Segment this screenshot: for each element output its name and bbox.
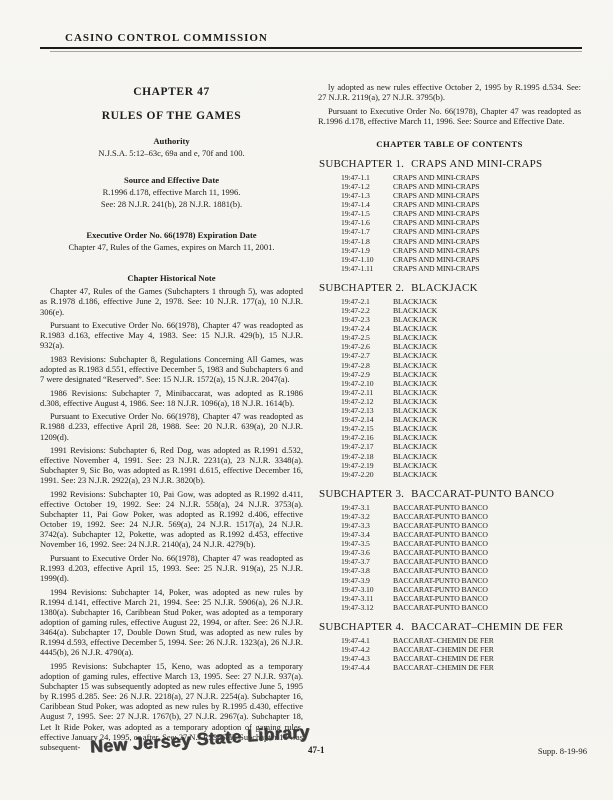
toc-entry-number: 19:47-1.5: [318, 209, 393, 218]
toc-entry-number: 19:47-2.17: [318, 442, 393, 451]
table-of-contents: SUBCHAPTER 1.CRAPS AND MINI-CRAPS 19:47-…: [318, 158, 581, 672]
toc-entry: 19:47-3.11 BACCARAT-PUNTO BANCO: [318, 594, 581, 603]
subchapter-label: SUBCHAPTER 4.: [319, 621, 404, 633]
toc-entry: 19:47-1.10 CRAPS AND MINI-CRAPS: [318, 255, 581, 264]
historical-paragraph: 1983 Revisions: Subchapter 8, Regulation…: [40, 354, 303, 384]
subchapter-entries: 19:47-4.1 BACCARAT–CHEMIN DE FER 19:47-4…: [318, 636, 581, 672]
toc-entry-number: 19:47-2.5: [318, 333, 393, 342]
toc-entry: 19:47-2.9 BLACKJACK: [318, 370, 581, 379]
left-column: CHAPTER 47 RULES OF THE GAMES Authority …: [40, 56, 303, 752]
toc-entry-title: BACCARAT-PUNTO BANCO: [393, 594, 581, 603]
toc-entry-title: CRAPS AND MINI-CRAPS: [393, 191, 581, 200]
toc-entry-number: 19:47-2.14: [318, 415, 393, 424]
chapter-number-heading: CHAPTER 47: [40, 86, 303, 98]
historical-paragraph: Pursuant to Executive Order No. 66(1978)…: [40, 320, 303, 350]
toc-entry-number: 19:47-1.9: [318, 246, 393, 255]
toc-entry-number: 19:47-4.4: [318, 663, 393, 672]
toc-entry-title: BLACKJACK: [393, 361, 581, 370]
subchapter-entries: 19:47-3.1 BACCARAT-PUNTO BANCO 19:47-3.2…: [318, 503, 581, 612]
toc-entry: 19:47-2.5 BLACKJACK: [318, 333, 581, 342]
toc-entry-number: 19:47-2.9: [318, 370, 393, 379]
toc-entry-title: BLACKJACK: [393, 461, 581, 470]
subchapter-title: BACCARAT-PUNTO BANCO: [411, 488, 554, 500]
toc-entry-title: BLACKJACK: [393, 442, 581, 451]
toc-entry: 19:47-1.9 CRAPS AND MINI-CRAPS: [318, 246, 581, 255]
toc-entry: 19:47-4.3 BACCARAT–CHEMIN DE FER: [318, 654, 581, 663]
toc-entry-title: BLACKJACK: [393, 333, 581, 342]
toc-entry: 19:47-2.14 BLACKJACK: [318, 415, 581, 424]
toc-entry: 19:47-2.12 BLACKJACK: [318, 397, 581, 406]
toc-entry-title: BLACKJACK: [393, 315, 581, 324]
subchapter-title: BLACKJACK: [411, 282, 478, 294]
toc-entry-number: 19:47-1.1: [318, 173, 393, 182]
historical-note-paragraphs: Chapter 47, Rules of the Games (Subchapt…: [40, 286, 303, 752]
toc-entry-title: BLACKJACK: [393, 324, 581, 333]
toc-entry-title: BACCARAT-PUNTO BANCO: [393, 548, 581, 557]
toc-entry-number: 19:47-2.13: [318, 406, 393, 415]
toc-entry: 19:47-3.7 BACCARAT-PUNTO BANCO: [318, 557, 581, 566]
toc-entry-number: 19:47-4.3: [318, 654, 393, 663]
toc-entry-number: 19:47-2.3: [318, 315, 393, 324]
toc-entry-title: BLACKJACK: [393, 379, 581, 388]
expiration-text: Chapter 47, Rules of the Games, expires …: [40, 242, 303, 252]
toc-entry-title: CRAPS AND MINI-CRAPS: [393, 264, 581, 273]
toc-entry-title: BACCARAT–CHEMIN DE FER: [393, 636, 581, 645]
toc-entry-number: 19:47-3.4: [318, 530, 393, 539]
toc-entry: 19:47-1.1 CRAPS AND MINI-CRAPS: [318, 173, 581, 182]
toc-entry-number: 19:47-2.1: [318, 297, 393, 306]
toc-entry-title: BACCARAT–CHEMIN DE FER: [393, 654, 581, 663]
toc-entry: 19:47-2.4 BLACKJACK: [318, 324, 581, 333]
toc-entry-title: BACCARAT-PUNTO BANCO: [393, 603, 581, 612]
toc-entry-title: BACCARAT-PUNTO BANCO: [393, 566, 581, 575]
toc-entry-title: BLACKJACK: [393, 297, 581, 306]
toc-entry-number: 19:47-2.12: [318, 397, 393, 406]
source-heading: Source and Effective Date: [40, 175, 303, 185]
table-of-contents-heading: CHAPTER TABLE OF CONTENTS: [318, 139, 581, 149]
toc-entry-number: 19:47-2.16: [318, 433, 393, 442]
toc-entry-number: 19:47-2.2: [318, 306, 393, 315]
continuation-paragraph: Pursuant to Executive Order No. 66(1978)…: [318, 106, 581, 126]
toc-entry: 19:47-1.2 CRAPS AND MINI-CRAPS: [318, 182, 581, 191]
toc-entry-number: 19:47-2.7: [318, 351, 393, 360]
continuation-paragraph: ly adopted as new rules effective Octobe…: [318, 82, 581, 102]
toc-entry: 19:47-3.12 BACCARAT-PUNTO BANCO: [318, 603, 581, 612]
source-line: R.1996 d.178, effective March 11, 1996.: [40, 187, 303, 197]
subchapter-section: SUBCHAPTER 1.CRAPS AND MINI-CRAPS 19:47-…: [318, 158, 581, 273]
toc-entry-number: 19:47-3.2: [318, 512, 393, 521]
page-number: 47-1: [308, 745, 325, 755]
toc-entry: 19:47-2.18 BLACKJACK: [318, 452, 581, 461]
toc-entry-title: CRAPS AND MINI-CRAPS: [393, 227, 581, 236]
toc-entry: 19:47-2.3 BLACKJACK: [318, 315, 581, 324]
toc-entry-title: CRAPS AND MINI-CRAPS: [393, 255, 581, 264]
historical-paragraph: 1986 Revisions: Subchapter 7, Minibaccar…: [40, 388, 303, 408]
toc-entry-number: 19:47-2.4: [318, 324, 393, 333]
toc-entry-number: 19:47-3.11: [318, 594, 393, 603]
toc-entry: 19:47-2.11 BLACKJACK: [318, 388, 581, 397]
subchapter-heading: SUBCHAPTER 2.BLACKJACK: [319, 282, 581, 294]
historical-paragraph: 1992 Revisions: Subchapter 10, Pai Gow, …: [40, 489, 303, 550]
toc-entry-number: 19:47-4.1: [318, 636, 393, 645]
toc-entry-title: BLACKJACK: [393, 370, 581, 379]
toc-entry-number: 19:47-1.8: [318, 237, 393, 246]
toc-entry-number: 19:47-3.7: [318, 557, 393, 566]
toc-entry: 19:47-3.4 BACCARAT-PUNTO BANCO: [318, 530, 581, 539]
toc-entry: 19:47-2.6 BLACKJACK: [318, 342, 581, 351]
toc-entry-title: BACCARAT-PUNTO BANCO: [393, 585, 581, 594]
toc-entry-title: BLACKJACK: [393, 406, 581, 415]
toc-entry-title: CRAPS AND MINI-CRAPS: [393, 209, 581, 218]
toc-entry-title: BACCARAT–CHEMIN DE FER: [393, 645, 581, 654]
subchapter-section: SUBCHAPTER 4.BACCARAT–CHEMIN DE FER 19:4…: [318, 621, 581, 672]
toc-entry: 19:47-1.8 CRAPS AND MINI-CRAPS: [318, 237, 581, 246]
toc-entry: 19:47-2.1 BLACKJACK: [318, 297, 581, 306]
toc-entry-title: BACCARAT-PUNTO BANCO: [393, 503, 581, 512]
toc-entry: 19:47-1.6 CRAPS AND MINI-CRAPS: [318, 218, 581, 227]
toc-entry-title: CRAPS AND MINI-CRAPS: [393, 173, 581, 182]
historical-paragraph: 1991 Revisions: Subchapter 6, Red Dog, w…: [40, 445, 303, 485]
toc-entry-title: BLACKJACK: [393, 351, 581, 360]
toc-entry-number: 19:47-2.20: [318, 470, 393, 479]
continuation-paragraphs: ly adopted as new rules effective Octobe…: [318, 82, 581, 126]
toc-entry: 19:47-3.1 BACCARAT-PUNTO BANCO: [318, 503, 581, 512]
toc-entry-title: BLACKJACK: [393, 452, 581, 461]
toc-entry-title: BACCARAT-PUNTO BANCO: [393, 576, 581, 585]
expiration-heading: Executive Order No. 66(1978) Expiration …: [40, 230, 303, 240]
toc-entry-title: BLACKJACK: [393, 388, 581, 397]
toc-entry-title: BLACKJACK: [393, 415, 581, 424]
subchapter-entries: 19:47-1.1 CRAPS AND MINI-CRAPS 19:47-1.2…: [318, 173, 581, 273]
toc-entry: 19:47-1.11 CRAPS AND MINI-CRAPS: [318, 264, 581, 273]
toc-entry-number: 19:47-3.6: [318, 548, 393, 557]
toc-entry: 19:47-2.20 BLACKJACK: [318, 470, 581, 479]
subchapter-title: BACCARAT–CHEMIN DE FER: [411, 621, 563, 633]
toc-entry-number: 19:47-2.11: [318, 388, 393, 397]
toc-entry-title: BACCARAT-PUNTO BANCO: [393, 539, 581, 548]
subchapter-heading: SUBCHAPTER 3.BACCARAT-PUNTO BANCO: [319, 488, 581, 500]
toc-entry-title: BLACKJACK: [393, 433, 581, 442]
source-line: See: 28 N.J.R. 241(b), 28 N.J.R. 1881(b)…: [40, 199, 303, 209]
page-title: CASINO CONTROL COMMISSION: [40, 32, 582, 44]
toc-entry-number: 19:47-1.10: [318, 255, 393, 264]
toc-entry-number: 19:47-3.12: [318, 603, 393, 612]
header-rule-secondary: [50, 51, 582, 52]
toc-entry-number: 19:47-3.9: [318, 576, 393, 585]
toc-entry-number: 19:47-3.5: [318, 539, 393, 548]
toc-entry: 19:47-2.2 BLACKJACK: [318, 306, 581, 315]
toc-entry-title: CRAPS AND MINI-CRAPS: [393, 218, 581, 227]
toc-entry-number: 19:47-2.19: [318, 461, 393, 470]
subchapter-section: SUBCHAPTER 2.BLACKJACK 19:47-2.1 BLACKJA…: [318, 282, 581, 479]
toc-entry-number: 19:47-2.10: [318, 379, 393, 388]
toc-entry: 19:47-2.19 BLACKJACK: [318, 461, 581, 470]
authority-citation: N.J.S.A. 5:12–63c, 69a and e, 70f and 10…: [40, 148, 303, 158]
toc-entry: 19:47-2.15 BLACKJACK: [318, 424, 581, 433]
toc-entry: 19:47-2.10 BLACKJACK: [318, 379, 581, 388]
subchapter-heading: SUBCHAPTER 4.BACCARAT–CHEMIN DE FER: [319, 621, 581, 633]
document-page: CASINO CONTROL COMMISSION CHAPTER 47 RUL…: [0, 0, 613, 800]
subchapter-heading: SUBCHAPTER 1.CRAPS AND MINI-CRAPS: [319, 158, 581, 170]
toc-entry-number: 19:47-1.2: [318, 182, 393, 191]
historical-paragraph: Pursuant to Executive Order No. 66(1978)…: [40, 553, 303, 583]
subchapter-label: SUBCHAPTER 1.: [319, 158, 404, 170]
page-header: CASINO CONTROL COMMISSION: [40, 32, 582, 52]
chapter-title-heading: RULES OF THE GAMES: [40, 110, 303, 122]
toc-entry: 19:47-2.16 BLACKJACK: [318, 433, 581, 442]
toc-entry: 19:47-3.3 BACCARAT-PUNTO BANCO: [318, 521, 581, 530]
toc-entry-title: BACCARAT-PUNTO BANCO: [393, 512, 581, 521]
toc-entry-number: 19:47-2.6: [318, 342, 393, 351]
historical-paragraph: Pursuant to Executive Order No. 66(1978)…: [40, 411, 303, 441]
toc-entry: 19:47-1.7 CRAPS AND MINI-CRAPS: [318, 227, 581, 236]
toc-entry-number: 19:47-2.15: [318, 424, 393, 433]
toc-entry: 19:47-3.10 BACCARAT-PUNTO BANCO: [318, 585, 581, 594]
toc-entry: 19:47-3.8 BACCARAT-PUNTO BANCO: [318, 566, 581, 575]
toc-entry-number: 19:47-1.6: [318, 218, 393, 227]
toc-entry-title: BACCARAT-PUNTO BANCO: [393, 530, 581, 539]
toc-entry-title: BACCARAT-PUNTO BANCO: [393, 557, 581, 566]
toc-entry: 19:47-3.6 BACCARAT-PUNTO BANCO: [318, 548, 581, 557]
toc-entry-title: CRAPS AND MINI-CRAPS: [393, 182, 581, 191]
toc-entry-title: CRAPS AND MINI-CRAPS: [393, 246, 581, 255]
toc-entry-number: 19:47-1.3: [318, 191, 393, 200]
authority-heading: Authority: [40, 136, 303, 146]
toc-entry: 19:47-1.3 CRAPS AND MINI-CRAPS: [318, 191, 581, 200]
toc-entry-number: 19:47-3.10: [318, 585, 393, 594]
historical-paragraph: 1994 Revisions: Subchapter 14, Poker, wa…: [40, 587, 303, 658]
toc-entry: 19:47-1.5 CRAPS AND MINI-CRAPS: [318, 209, 581, 218]
toc-entry: 19:47-3.5 BACCARAT-PUNTO BANCO: [318, 539, 581, 548]
toc-entry-title: BLACKJACK: [393, 397, 581, 406]
toc-entry-number: 19:47-3.8: [318, 566, 393, 575]
subchapter-entries: 19:47-2.1 BLACKJACK 19:47-2.2 BLACKJACK: [318, 297, 581, 479]
historical-note-heading: Chapter Historical Note: [40, 273, 303, 283]
toc-entry-number: 19:47-3.1: [318, 503, 393, 512]
toc-entry: 19:47-3.2 BACCARAT-PUNTO BANCO: [318, 512, 581, 521]
toc-entry: 19:47-3.9 BACCARAT-PUNTO BANCO: [318, 576, 581, 585]
toc-entry-title: BACCARAT–CHEMIN DE FER: [393, 663, 581, 672]
toc-entry: 19:47-1.4 CRAPS AND MINI-CRAPS: [318, 200, 581, 209]
toc-entry-title: BACCARAT-PUNTO BANCO: [393, 521, 581, 530]
toc-entry-title: CRAPS AND MINI-CRAPS: [393, 200, 581, 209]
toc-entry: 19:47-4.2 BACCARAT–CHEMIN DE FER: [318, 645, 581, 654]
toc-entry-number: 19:47-1.11: [318, 264, 393, 273]
subchapter-label: SUBCHAPTER 2.: [319, 282, 404, 294]
toc-entry-number: 19:47-1.4: [318, 200, 393, 209]
toc-entry-title: BLACKJACK: [393, 306, 581, 315]
subchapter-title: CRAPS AND MINI-CRAPS: [411, 158, 542, 170]
toc-entry: 19:47-2.7 BLACKJACK: [318, 351, 581, 360]
toc-entry-number: 19:47-3.3: [318, 521, 393, 530]
header-rule: [40, 47, 582, 49]
toc-entry-number: 19:47-2.8: [318, 361, 393, 370]
historical-paragraph: Chapter 47, Rules of the Games (Subchapt…: [40, 286, 303, 316]
toc-entry-title: BLACKJACK: [393, 424, 581, 433]
toc-entry-title: BLACKJACK: [393, 470, 581, 479]
toc-entry: 19:47-4.1 BACCARAT–CHEMIN DE FER: [318, 636, 581, 645]
supplement-date: Supp. 8-19-96: [538, 746, 587, 756]
toc-entry: 19:47-2.13 BLACKJACK: [318, 406, 581, 415]
right-column: ly adopted as new rules effective Octobe…: [318, 56, 581, 752]
toc-entry: 19:47-2.8 BLACKJACK: [318, 361, 581, 370]
toc-entry-title: BLACKJACK: [393, 342, 581, 351]
toc-entry-number: 19:47-2.18: [318, 452, 393, 461]
subchapter-section: SUBCHAPTER 3.BACCARAT-PUNTO BANCO 19:47-…: [318, 488, 581, 612]
subchapter-label: SUBCHAPTER 3.: [319, 488, 404, 500]
toc-entry: 19:47-2.17 BLACKJACK: [318, 442, 581, 451]
two-column-body: CHAPTER 47 RULES OF THE GAMES Authority …: [40, 56, 581, 752]
toc-entry-number: 19:47-4.2: [318, 645, 393, 654]
toc-entry: 19:47-4.4 BACCARAT–CHEMIN DE FER: [318, 663, 581, 672]
toc-entry-title: CRAPS AND MINI-CRAPS: [393, 237, 581, 246]
toc-entry-number: 19:47-1.7: [318, 227, 393, 236]
